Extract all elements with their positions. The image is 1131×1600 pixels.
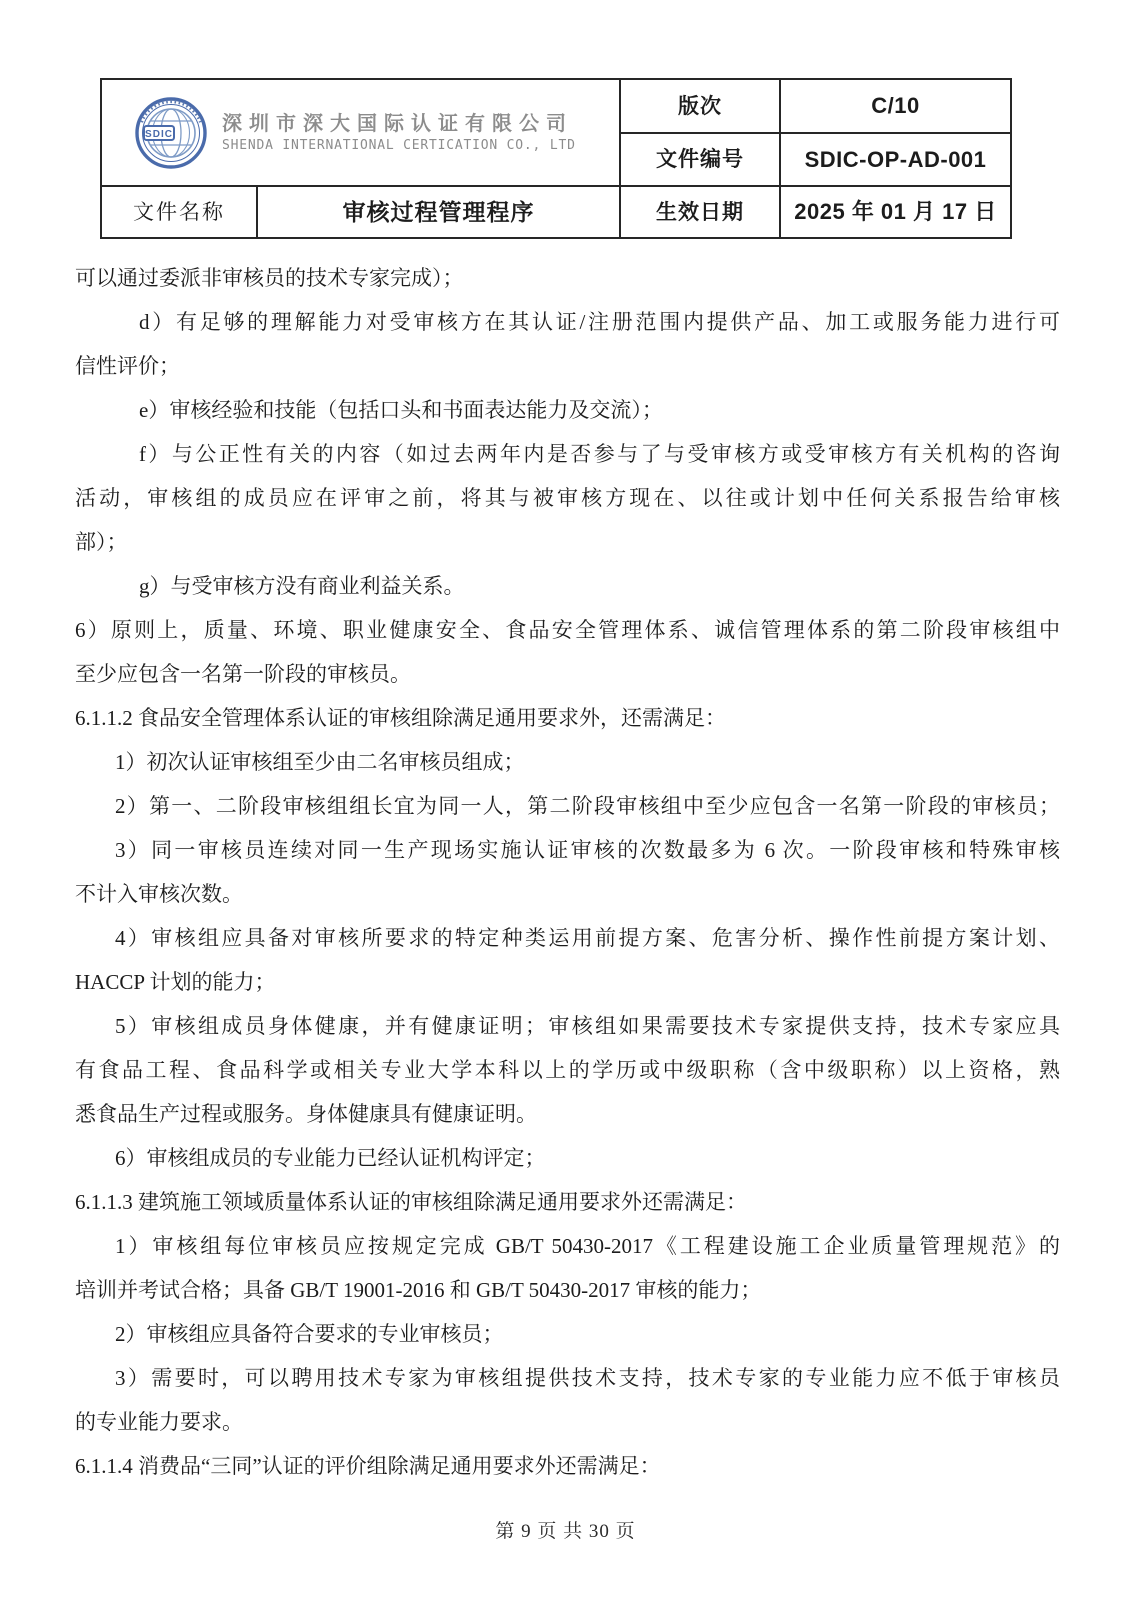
body-line: 6）原则上，质量、环境、职业健康安全、食品安全管理体系、诚信管理体系的第二阶段审…	[75, 608, 1060, 652]
body-line: 2）第一、二阶段审核组组长宜为同一人，第二阶段审核组中至少应包含一名第一阶段的审…	[75, 784, 1060, 828]
body-line: 部）；	[75, 520, 1060, 564]
body-line: e）审核经验和技能（包括口头和书面表达能力及交流）；	[75, 388, 1060, 432]
body-line: 6）审核组成员的专业能力已经认证机构评定；	[75, 1136, 1060, 1180]
body-line: 悉食品生产过程或服务。身体健康具有健康证明。	[75, 1092, 1060, 1136]
body-line: 6.1.1.2 食品安全管理体系认证的审核组除满足通用要求外，还需满足：	[75, 696, 1060, 740]
body-line: f）与公正性有关的内容（如过去两年内是否参与了与受审核方或受审核方有关机构的咨询	[75, 432, 1060, 476]
logo-badge-text: SDIC	[145, 129, 173, 140]
version-value: C/10	[781, 80, 1010, 134]
doc-name-value: 审核过程管理程序	[258, 187, 621, 237]
body-line: 活动，审核组的成员应在评审之前，将其与被审核方现在、以往或计划中任何关系报告给审…	[75, 476, 1060, 520]
effective-date-value: 2025 年 01 月 17 日	[781, 187, 1010, 237]
body-line: HACCP 计划的能力；	[75, 960, 1060, 1004]
body-line: 培训并考试合格；具备 GB/T 19001-2016 和 GB/T 50430-…	[75, 1268, 1060, 1312]
body-line: 的专业能力要求。	[75, 1400, 1060, 1444]
document-header-table: SDIC 深圳市深大国际认证有限公司 SHENDA INTERNATIONAL …	[100, 78, 1012, 239]
body-line: 有食品工程、食品科学或相关专业大学本科以上的学历或中级职称（含中级职称）以上资格…	[75, 1048, 1060, 1092]
body-line: 1）初次认证审核组至少由二名审核员组成；	[75, 740, 1060, 784]
body-line: 3）同一审核员连续对同一生产现场实施认证审核的次数最多为 6 次。一阶段审核和特…	[75, 828, 1060, 872]
body-line: 5）审核组成员身体健康，并有健康证明；审核组如果需要技术专家提供支持，技术专家应…	[75, 1004, 1060, 1048]
body-line: 6.1.1.3 建筑施工领域质量体系认证的审核组除满足通用要求外还需满足：	[75, 1180, 1060, 1224]
company-name-cn: 深圳市深大国际认证有限公司	[222, 114, 576, 134]
version-label: 版次	[621, 80, 781, 134]
doc-name-label: 文件名称	[102, 187, 258, 237]
body-line: g）与受审核方没有商业利益关系。	[75, 564, 1060, 608]
body-line: 1）审核组每位审核员应按规定完成 GB/T 50430-2017《工程建设施工企…	[75, 1224, 1060, 1268]
body-line: d）有足够的理解能力对受审核方在其认证/注册范围内提供产品、加工或服务能力进行可	[75, 300, 1060, 344]
company-name-en: SHENDA INTERNATIONAL CERTICATION CO., LT…	[222, 139, 576, 152]
company-logo-cell: SDIC 深圳市深大国际认证有限公司 SHENDA INTERNATIONAL …	[102, 80, 621, 187]
body-line: 6.1.1.4 消费品“三同”认证的评价组除满足通用要求外还需满足：	[75, 1444, 1060, 1488]
doc-number-label: 文件编号	[621, 134, 781, 187]
doc-number-value: SDIC-OP-AD-001	[781, 134, 1010, 187]
body-line: 可以通过委派非审核员的技术专家完成）；	[75, 256, 1060, 300]
body-line: 3）需要时，可以聘用技术专家为审核组提供技术支持，技术专家的专业能力应不低于审核…	[75, 1356, 1060, 1400]
company-globe-logo-icon: SDIC	[134, 96, 208, 170]
body-line: 信性评价；	[75, 344, 1060, 388]
body-line: 不计入审核次数。	[75, 872, 1060, 916]
document-body: 可以通过委派非审核员的技术专家完成）； d）有足够的理解能力对受审核方在其认证/…	[75, 256, 1060, 1488]
body-line: 至少应包含一名第一阶段的审核员。	[75, 652, 1060, 696]
body-line: 4）审核组应具备对审核所要求的特定种类运用前提方案、危害分析、操作性前提方案计划…	[75, 916, 1060, 960]
body-line: 2）审核组应具备符合要求的专业审核员；	[75, 1312, 1060, 1356]
company-logo: SDIC 深圳市深大国际认证有限公司 SHENDA INTERNATIONAL …	[134, 96, 576, 170]
effective-date-label: 生效日期	[621, 187, 781, 237]
document-page: { "colors": { "logo_blue": "#4a6bab", "l…	[0, 0, 1131, 1600]
page-number-footer: 第 9 页 共 30 页	[0, 1516, 1131, 1548]
